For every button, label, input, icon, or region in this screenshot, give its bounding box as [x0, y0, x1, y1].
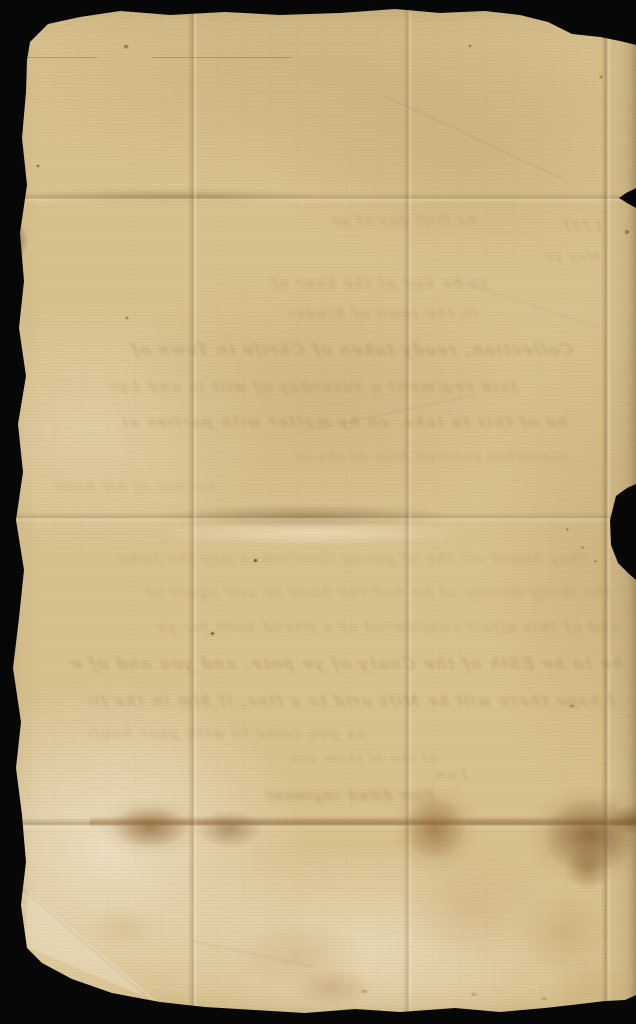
edge-shading [0, 0, 636, 1024]
paper-sheet: he firſt day of ye1777May yeto be had at… [0, 0, 636, 1024]
photo-background: he firſt day of ye1777May yeto be had at… [0, 0, 636, 1024]
